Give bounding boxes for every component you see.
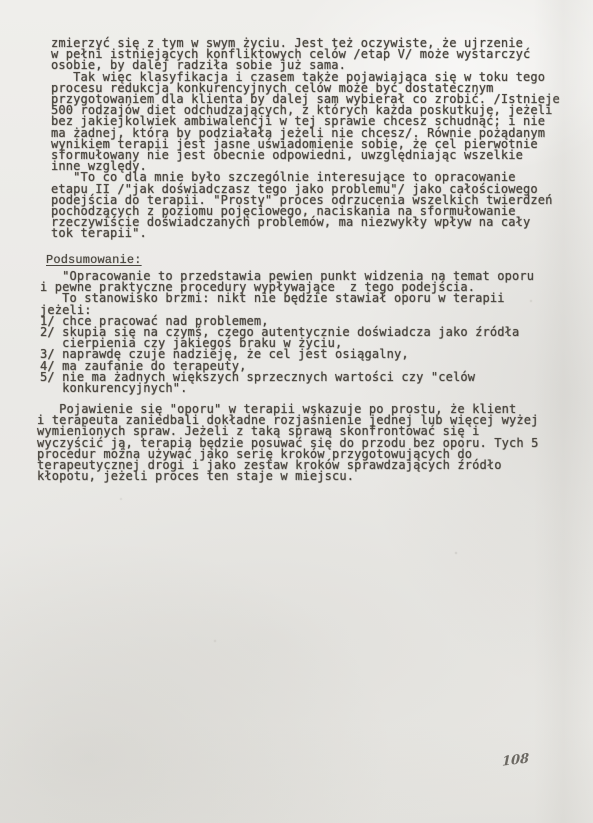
scanned-document-page: zmierzyć się z tym w swym życiu. Jest te…: [0, 0, 593, 823]
section-heading-podsumowanie: Podsumowanie:: [46, 253, 142, 267]
body-text-block-2-summary-list: "Opracowanie to przedstawia pewien punkt…: [40, 271, 534, 394]
paper-noise-specks: [0, 0, 2, 2]
handwritten-page-number: 108: [502, 751, 529, 769]
body-text-block-3-closing-paragraph: Pojawienie się "oporu" w terapii wskazuj…: [37, 404, 538, 482]
body-text-block-1: zmierzyć się z tym w swym życiu. Jest te…: [51, 38, 560, 240]
